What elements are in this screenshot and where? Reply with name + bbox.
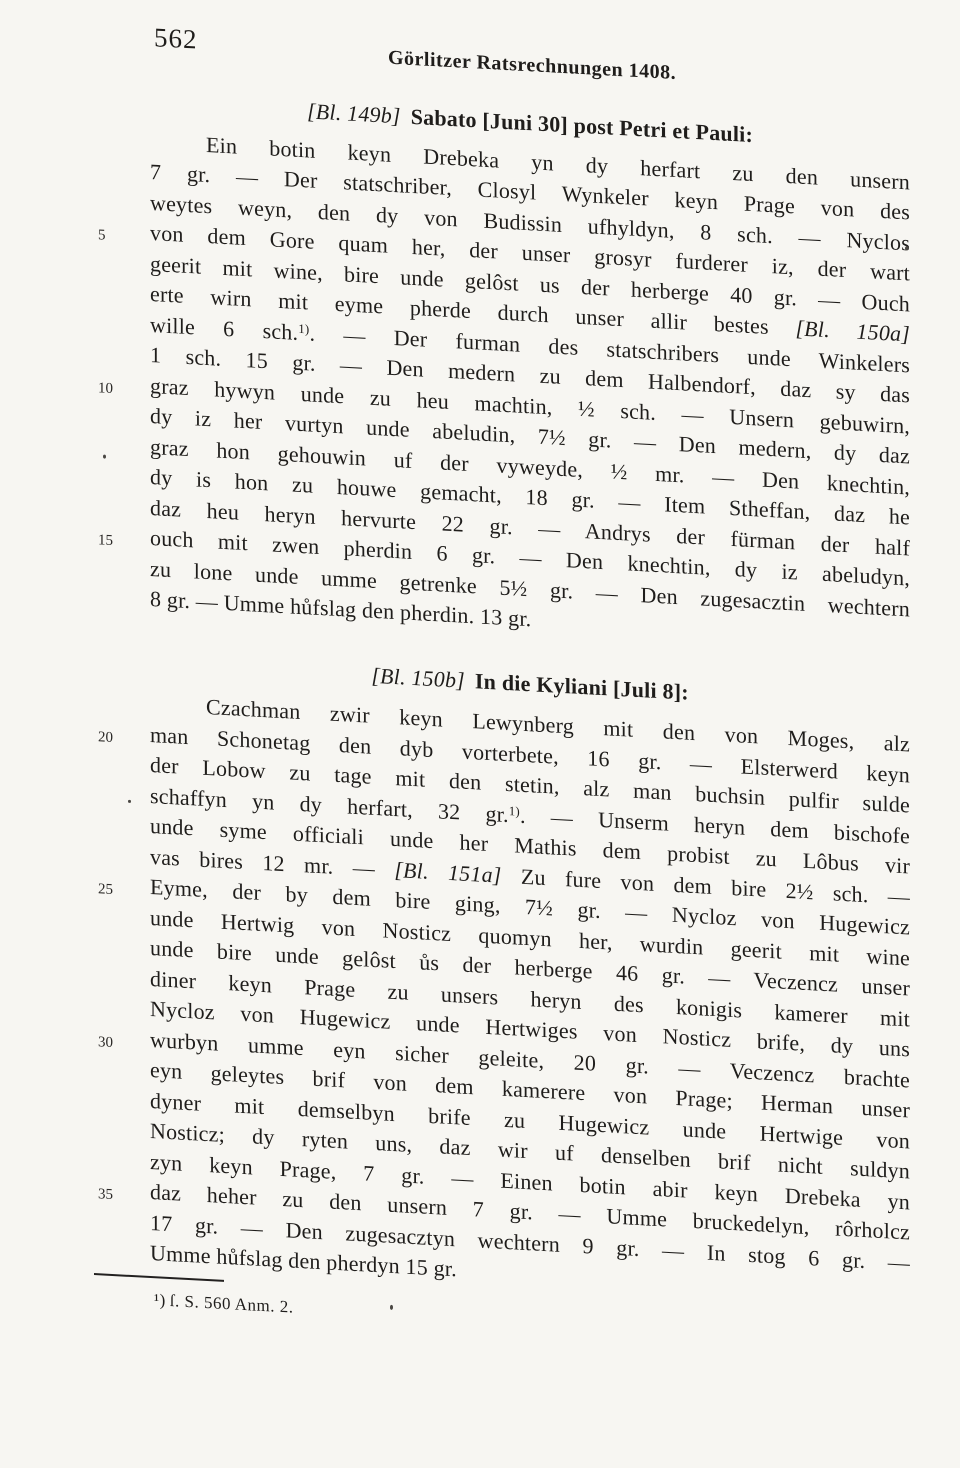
- margin-line-number: 10: [98, 373, 130, 405]
- section-heading-title: Sabato [Juni 30] post Petri et Pauli:: [411, 104, 753, 147]
- paragraph-entry-block: Czachman zwir keyn Lewynberg mit den von…: [150, 689, 910, 1309]
- footnote-separator-rule: [94, 1273, 224, 1282]
- folio-reference-inline: [Bl. 150a]: [795, 315, 910, 346]
- section-heading-title: In die Kyliani [Juli 8]:: [475, 668, 689, 704]
- margin-line-number: 5: [98, 220, 130, 252]
- footnote-text: ſ. S. 560 Anm. 2.: [170, 1291, 294, 1317]
- folio-reference-inline: [Bl. 151a]: [394, 857, 501, 888]
- footnote-reference-mark: 1): [298, 320, 309, 336]
- paragraph-entry-block: Ein botin keyn Drebeka yn dy herfart zu …: [150, 126, 910, 654]
- margin-line-number: 35: [98, 1179, 130, 1211]
- margin-line-number: 30: [98, 1027, 130, 1059]
- scan-speck: [905, 246, 909, 250]
- text-column: [Bl. 149b]Sabato [Juni 30] post Petri et…: [150, 88, 910, 1355]
- footnote-reference-mark: 1): [509, 803, 520, 819]
- footnote-marker: ¹): [154, 1290, 166, 1310]
- folio-reference: [Bl. 150b]: [371, 662, 465, 692]
- scan-speck: [128, 800, 131, 803]
- margin-line-number: 15: [98, 525, 130, 557]
- margin-line-number: 25: [98, 874, 130, 906]
- scan-speck: [103, 454, 106, 458]
- scan-speck: [390, 1305, 393, 1310]
- margin-line-number: 20: [98, 722, 130, 754]
- running-header: Görlitzer Ratsrechnungen 1408.: [388, 47, 676, 85]
- folio-reference: [Bl. 149b]: [307, 98, 401, 128]
- scanned-page: 562 Görlitzer Ratsrechnungen 1408. [Bl. …: [0, 0, 960, 1417]
- page-number: 562: [154, 22, 198, 55]
